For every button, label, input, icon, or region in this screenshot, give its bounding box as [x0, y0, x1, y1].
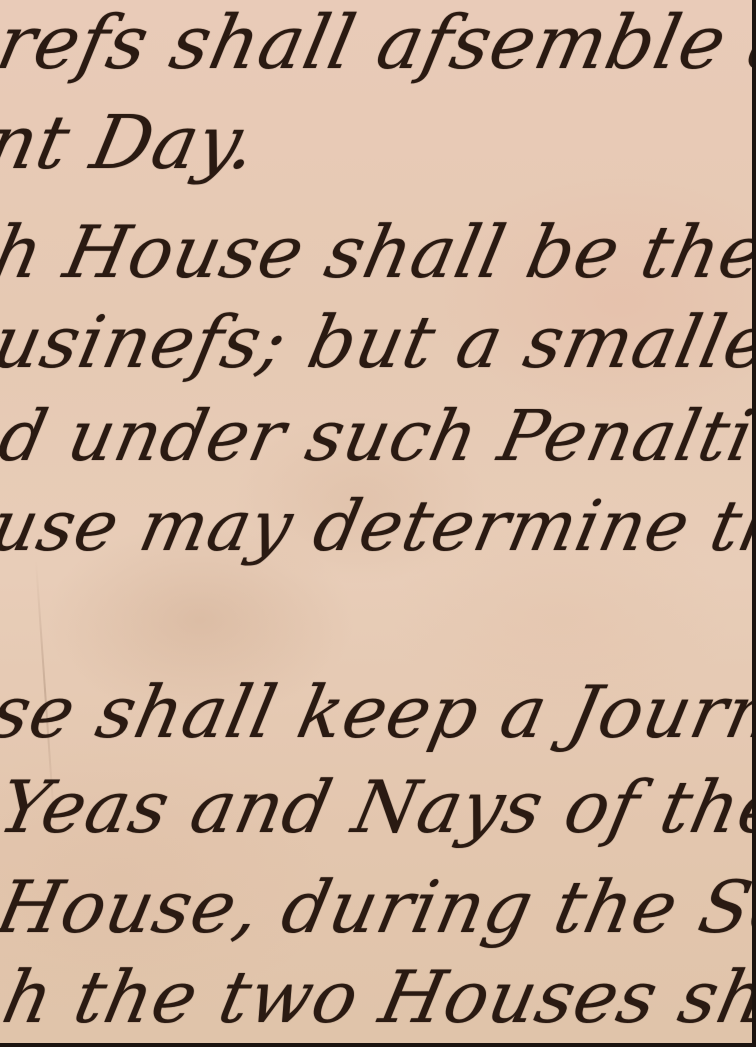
manuscript-line-9: House, during the Sefsio — [0, 865, 752, 949]
manuscript-line-5: d under such Penalties — [0, 395, 752, 477]
manuscript-line-3: h House shall be the — [0, 210, 752, 294]
manuscript-line-2: nt Day. — [0, 100, 265, 186]
manuscript-line-4: usinefs; but a smaller — [0, 300, 752, 384]
parchment-page: refs shall afsemble at nt Day. h House s… — [0, 0, 752, 1043]
manuscript-line-8: Yeas and Nays of the M — [0, 765, 752, 849]
manuscript-line-10: h the two Houses shall — [0, 955, 752, 1039]
manuscript-line-7: se shall keep a Journa — [0, 670, 752, 754]
manuscript-line-1: refs shall afsemble at — [0, 0, 752, 86]
manuscript-line-6: use may determine the — [0, 485, 752, 567]
